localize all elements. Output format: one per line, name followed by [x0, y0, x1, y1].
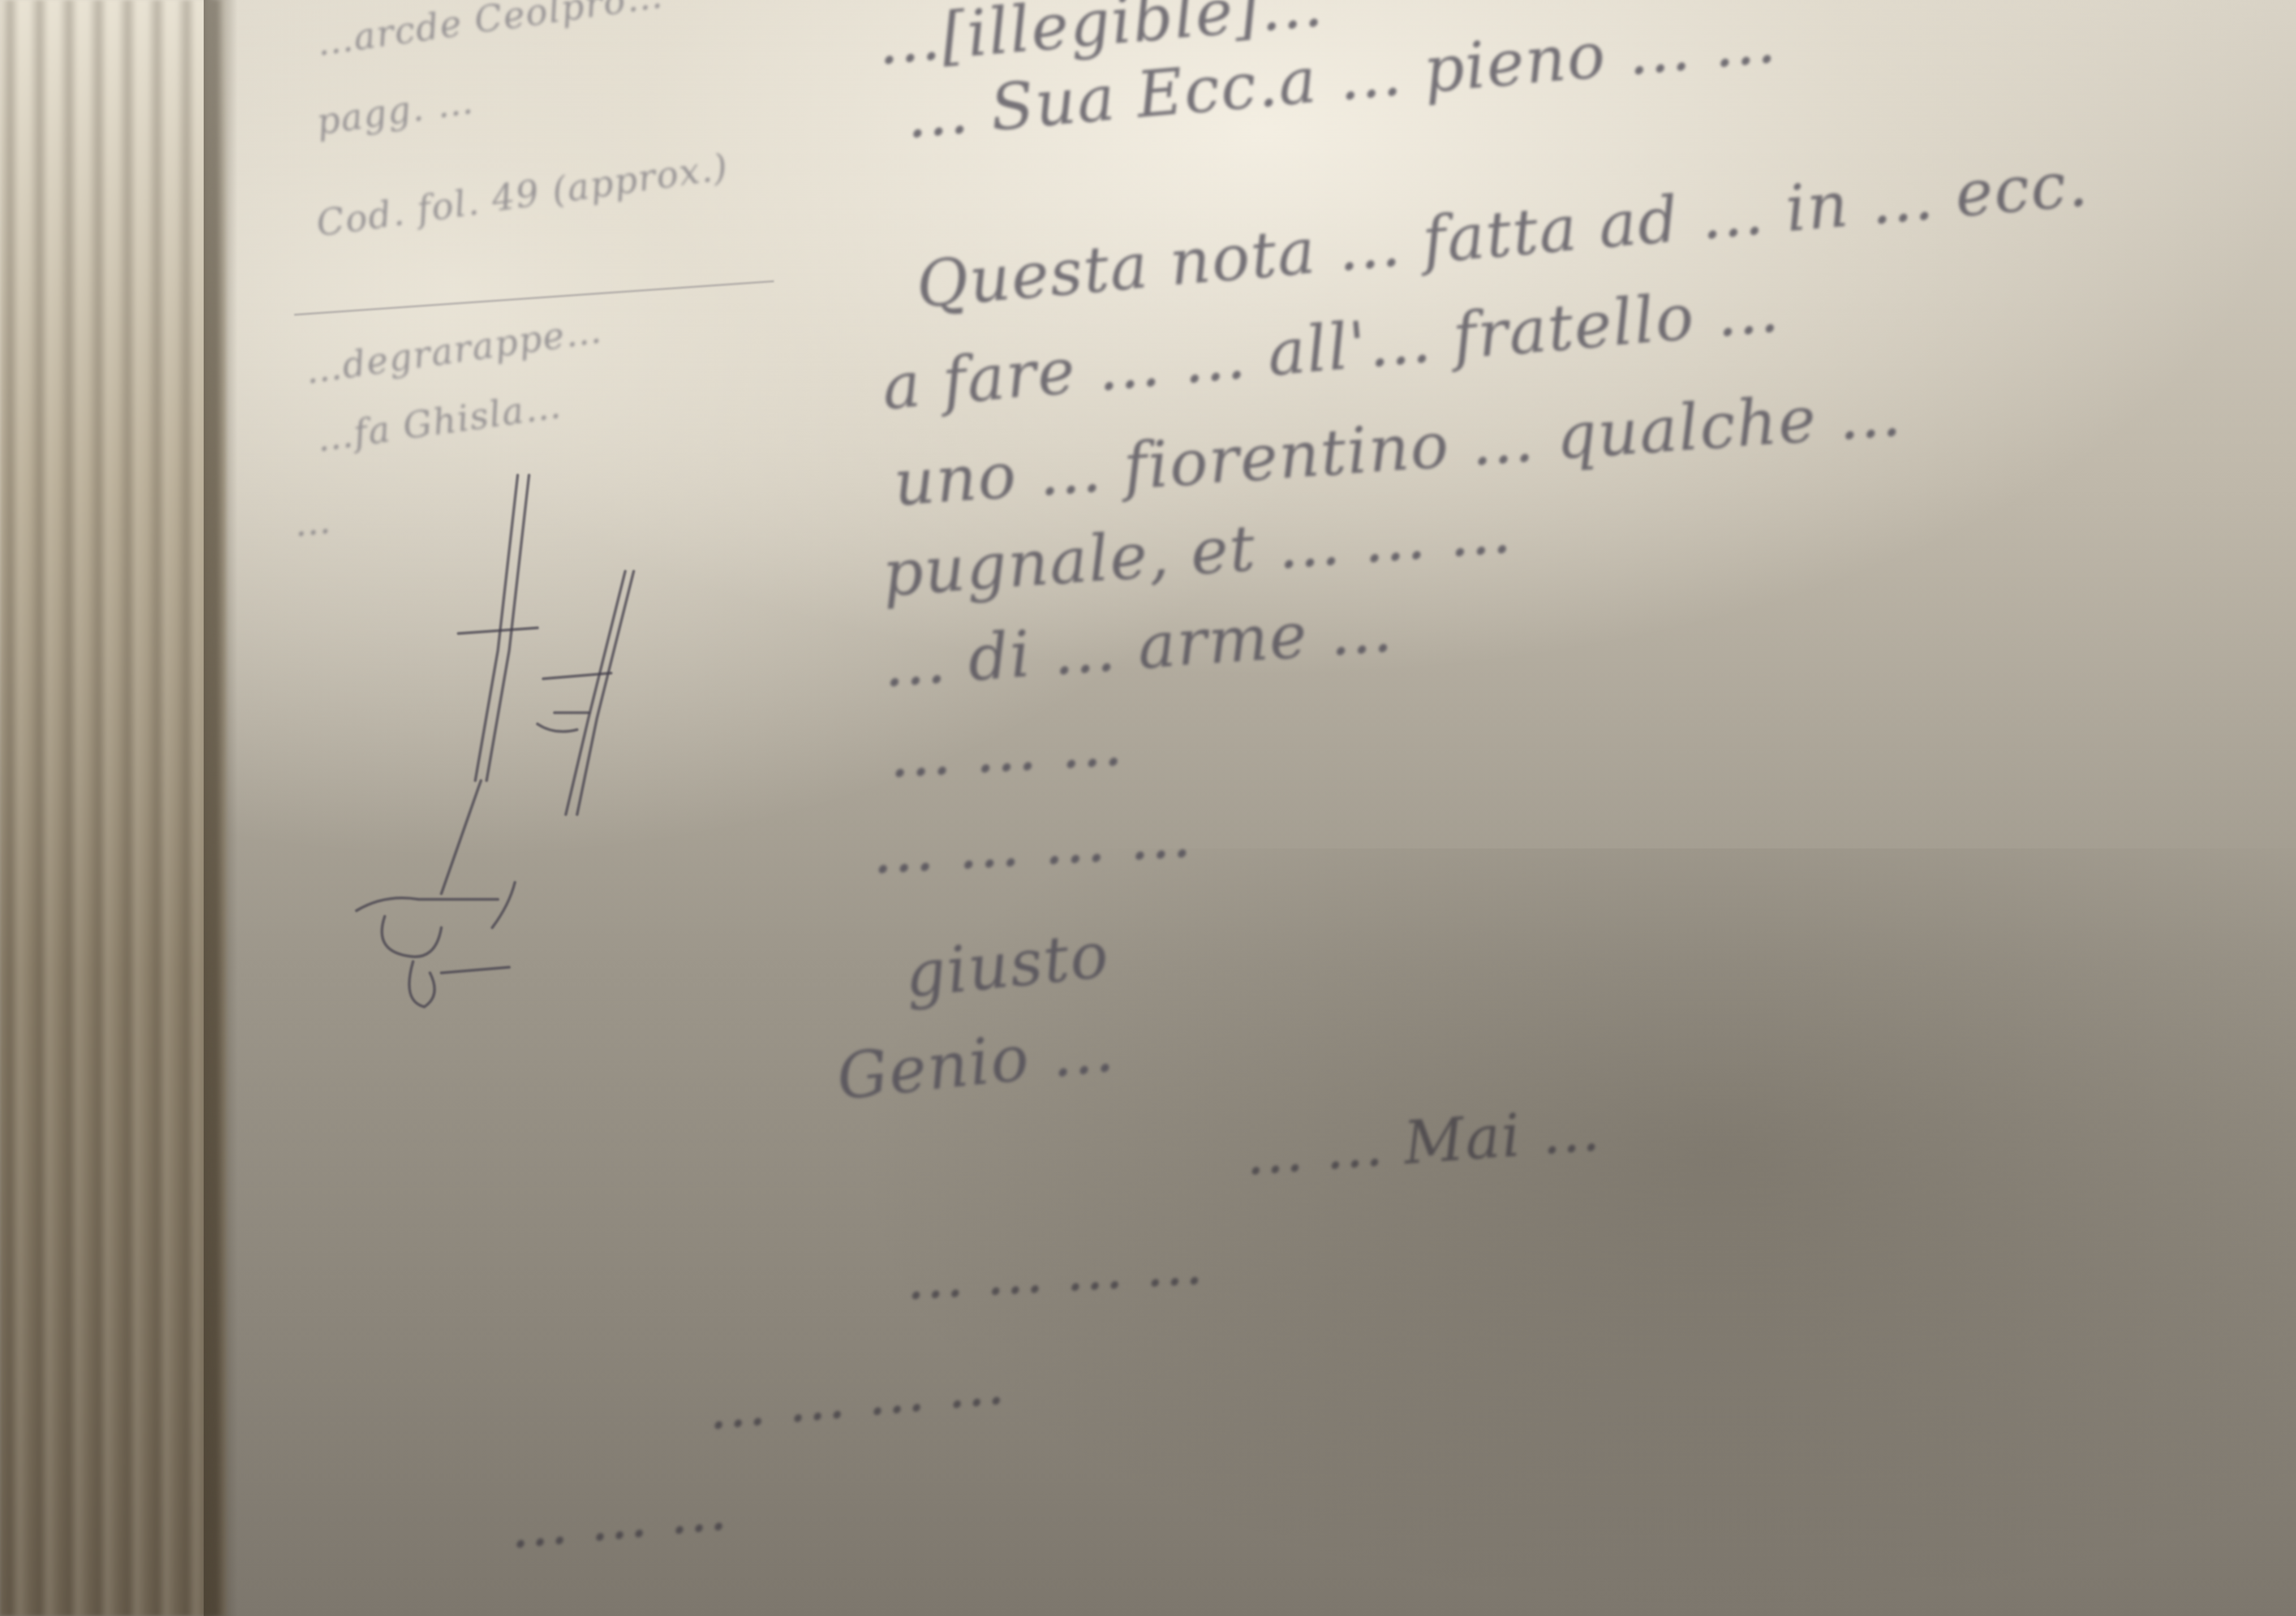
- sword-sketch-icon: [272, 464, 668, 1171]
- manuscript-line: … … …: [887, 706, 1126, 792]
- gutter-shadow: [204, 0, 238, 1616]
- book-spine-edges: [0, 0, 226, 1616]
